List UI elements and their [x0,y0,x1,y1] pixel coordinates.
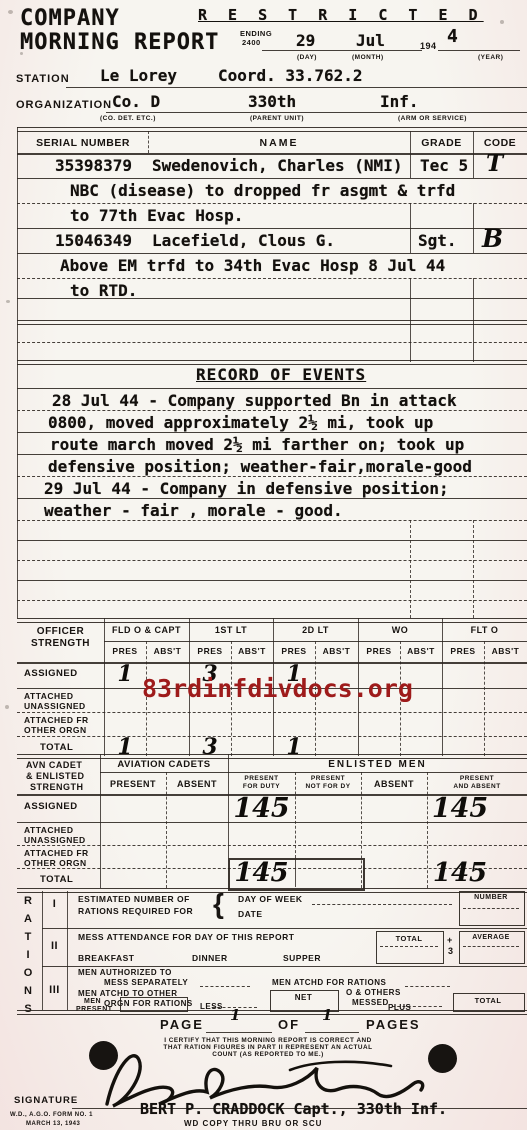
rations3-o-and-others: O & OTHERS [346,988,401,997]
row-rule [17,410,527,411]
officer-row-attached-unassigned: UNASSIGNED [24,701,86,711]
row-rule [17,580,527,581]
day-sublabel: (DAY) [297,54,317,61]
rations3-total-label: TOTAL [453,996,523,1005]
col-divider-code [473,203,474,253]
row-rule [17,278,527,279]
entry1-code: T [486,150,503,177]
officer-assigned-fldo-pres: 1 [104,661,146,687]
page-label: PAGE [160,1017,204,1032]
organization-label: ORGANIZATION [16,99,112,111]
date-line [262,50,422,51]
row-rule [17,342,527,343]
avn-row-rule [17,845,527,846]
events-line: 28 Jul 44 - Company supported Bn in atta… [52,391,457,410]
org-sublabel-co: (CO. DET. ETC.) [100,115,156,122]
row-rule [17,520,527,521]
station-value: Le Lorey [100,66,177,85]
brace-glyph: { [213,888,224,920]
org-sublabel-arm: (ARM OR SERVICE) [398,115,467,122]
avn-row-rule [17,822,527,823]
avn-row-assigned: ASSIGNED [24,801,78,812]
avn-grid-line [228,754,229,858]
morning-report-scan: COMPANY MORNING REPORT R E S T R I C T E… [0,0,527,1130]
signature-label: SIGNATURE [14,1095,78,1106]
entry2-grade: Sgt. [418,231,457,250]
officer-grid-line [442,618,443,756]
rations1-day-line [312,904,452,905]
row-rule [17,560,527,561]
form-number: W.D., A.G.O. FORM NO. 1 [10,1112,93,1118]
avn-row-attached-unassigned: ATTACHED [24,825,73,835]
avn-grid-line [295,772,296,858]
row-rule [17,432,527,433]
year-sublabel: (YEAR) [478,54,503,61]
events-line: route march moved 2½ mi farther on; took… [50,435,464,454]
avn-sub-present-for-duty: PRESENT [228,775,295,782]
rations-section-rule [42,928,527,929]
rations1-number-line [463,908,519,909]
month-sublabel: (MONTH) [352,54,384,61]
row-rule [17,228,527,229]
station-coordinates: Coord. 33.762.2 [218,66,363,85]
table-top-rule [17,127,527,132]
officer-row-attached-fr: OTHER ORGN [24,725,87,735]
rations-bottom-rule [17,1010,527,1015]
organization-line [106,112,527,113]
avn-sub-present: PRESENT [100,779,166,789]
avn-corner-label: AVN CADET [26,760,82,770]
officer-sub-pres: PRES [189,646,231,656]
col-divider-grade [410,520,411,618]
entry1-note1: NBC (disease) to dropped fr asgmt & trfd [70,181,455,200]
avn-group-enlisted-men: ENLISTED MEN [228,759,527,770]
routing-note: WD COPY THRU BRU OR SCU [184,1119,322,1128]
officer-group-flt-o: FLT O [442,625,527,635]
officer-sub-abst: ABS'T [231,646,273,656]
officer-row-assigned: ASSIGNED [24,668,78,679]
ending-time: 2400 [242,38,261,47]
rations2-breakfast: BREAKFAST [78,953,134,963]
events-line: 0800, moved approximately 2½ mi, took up [48,413,433,432]
avn-grid-line [427,772,428,888]
officer-subheader-rule [17,662,527,664]
scan-speck [500,20,504,24]
rations-section-rule [42,966,527,967]
organization-parent-unit: 330th [248,92,296,111]
avn-total-box-divider [295,858,296,887]
entry1-note2: to 77th Evac Hosp. [70,206,243,225]
rations-section1-numeral: I [42,898,67,910]
classification-stamp: R E S T R I C T E D [198,6,484,24]
section-rule [17,320,527,325]
officer-row-attached-unassigned: ATTACHED [24,691,73,701]
date-month-value: Jul [356,31,385,50]
year-line [438,50,520,51]
col-header-name: NAME [148,137,410,149]
officer-row-attached-fr: ATTACHED FR [24,715,89,725]
row-rule [17,203,527,204]
form-date: MARCH 13, 1943 [26,1121,80,1127]
officer-sub-pres: PRES [273,646,315,656]
officer-sub-abst: ABS'T [400,646,442,656]
rations2-total-line [380,946,438,947]
avn-row-total: TOTAL [40,874,73,885]
rations3-net-label: NET [270,993,337,1002]
avn-corner-label: STRENGTH [30,782,84,792]
rations3-label: MEN AUTHORIZED TO [78,968,172,977]
avn-sub-absent: ABSENT [166,779,228,789]
avn-row-attached-fr: ATTACHED FR [24,848,89,858]
rations1-label: ESTIMATED NUMBER OF [78,894,190,904]
col-divider-code [473,520,474,618]
officer-group-fldo-capt: FLD O & CAPT [104,625,189,635]
row-rule [17,476,527,477]
avn-group-aviation-cadets: AVIATION CADETS [100,759,228,770]
row-rule [17,498,527,499]
officer-table-top [17,618,527,623]
date-day-value: 29 [296,31,315,50]
col-divider-serial [148,131,149,153]
signer-typed-name: BERT P. CRADDOCK Capt., 330th Inf. [140,1100,447,1118]
events-title: RECORD OF EVENTS [196,365,366,384]
rations2-plus-sign: + [447,935,453,945]
col-header-code: CODE [473,137,527,149]
rations1-date-label: DATE [238,909,263,919]
page-number-handwritten: 1 [230,1006,240,1024]
row-rule [17,454,527,455]
rations2-label: MESS ATTENDANCE FOR DAY OF THIS REPORT [78,932,294,942]
row-rule [17,540,527,541]
avn-sub-present-for-duty: FOR DUTY [228,783,295,790]
row-rule [17,600,527,601]
officer-group-wo: WO [358,625,442,635]
officer-sub-pres: PRES [104,646,146,656]
officer-group-1st-lt: 1ST LT [189,625,273,635]
avn-assigned-present-for-duty: 145 [228,793,295,824]
rations-section2-numeral: II [42,940,67,952]
officer-grid-line [104,618,105,756]
org-sublabel-parent: (PARENT UNIT) [250,115,304,122]
entry2-serial: 15046349 [55,231,132,250]
rations2-dinner: DINNER [192,953,228,963]
rations3-men-atchd-for-rations: MEN ATCHD FOR RATIONS [272,978,386,987]
rations2-total-label: TOTAL [376,934,442,943]
page-line [206,1032,272,1033]
entry1-grade: Tec 5 [420,156,468,175]
rations-grid-line [67,891,68,1010]
header-bottom-rule [17,153,527,155]
avn-header-rule [100,772,527,773]
officer-group-2d-lt: 2D LT [273,625,358,635]
rations3-line [200,986,250,987]
scan-speck [8,10,13,14]
avn-total-present-for-duty: 145 [228,858,295,888]
rations3-line [405,986,450,987]
officer-row-rule [17,736,527,737]
officer-sub-pres: PRES [442,646,484,656]
table-left-border [17,127,18,618]
rations3-messed: MESSED [352,998,389,1007]
avn-assigned-present-and-absent: 145 [415,793,505,824]
avn-sub-present-not-for-dy: PRESENT [295,775,361,782]
col-header-grade: GRADE [410,137,473,149]
entry2-note1: Above EM trfd to 34th Evac Hosp 8 Jul 44 [60,256,445,275]
organization-company: Co. D [112,92,160,111]
rations3-men-present: MEN [84,998,101,1005]
pages-label: PAGES [366,1017,421,1032]
officer-corner-label: STRENGTH [17,638,104,649]
avn-sub-present-and-absent: PRESENT [427,775,527,782]
pages-line [305,1032,359,1033]
avn-grid-line [361,772,362,888]
avn-row-attached-fr: OTHER ORGN [24,858,87,868]
entry2-code: B [482,224,503,253]
entry1-serial: 35398379 [55,156,132,175]
avn-sub-absent-em: ABSENT [361,779,427,789]
officer-sub-pres: PRES [358,646,400,656]
station-label: STATION [16,73,70,85]
avn-row-attached-unassigned: UNASSIGNED [24,835,86,845]
rations1-label: RATIONS REQUIRED FOR [78,906,193,916]
events-line: defensive position; weather-fair,morale-… [48,457,472,476]
rations1-number-label: NUMBER [459,894,523,901]
entry2-name: Lacefield, Clous G. [152,231,335,250]
rations1-day-of-week-label: DAY OF WEEK [238,894,303,904]
row-rule [17,178,527,179]
date-year-value: 4 [447,26,458,47]
website-watermark: 83rdinfdivdocs.org [142,674,413,703]
station-line [66,87,527,88]
row-rule [17,298,527,299]
entry1-name: Swedenovich, Charles (NMI) [152,156,402,175]
avn-total-present-and-absent: 145 [415,858,505,888]
officer-sub-abst: ABS'T [146,646,189,656]
avn-sub-present-not-for-dy: NOT FOR DY [295,783,361,790]
rations-section3-numeral: III [42,984,67,996]
officer-row-rule [17,712,527,713]
row-rule [17,253,527,254]
rations2-divisor: 3 [448,946,454,956]
officer-row-total: TOTAL [40,742,73,753]
rations-vertical-label: RATIONS [22,895,34,1007]
events-line: weather - fair , morale - good. [44,501,343,520]
rations2-average-line [463,946,519,947]
scan-speck [6,300,10,303]
avn-table-bottom [17,888,527,893]
year-preprint: 194 [420,41,437,51]
form-title-line2: MORNING REPORT [20,30,219,55]
rations2-supper: SUPPER [283,953,321,963]
avn-corner-label: & ENLISTED [26,771,85,781]
row-rule [17,388,527,389]
officer-grid-line [484,641,485,756]
col-header-serial: SERIAL NUMBER [18,137,148,149]
form-title-line1: COMPANY [20,6,120,31]
col-divider-grade [410,203,411,253]
scan-speck [5,705,9,709]
pages-number-handwritten: 1 [322,1006,332,1024]
organization-arm: Inf. [380,92,419,111]
rations2-average-label: AVERAGE [459,934,523,941]
avn-sub-present-and-absent: AND ABSENT [427,783,527,790]
officer-sub-abst: ABS'T [315,646,358,656]
rations3-mess-separately: MESS SEPARATELY [104,978,188,987]
officer-sub-abst: ABS'T [484,646,527,656]
avn-grid-line [100,754,101,888]
ending-label: ENDING [240,29,272,38]
events-line: 29 Jul 44 - Company in defensive positio… [44,479,449,498]
of-label: OF [278,1017,300,1032]
officer-corner-label: OFFICER [17,626,104,637]
avn-grid-line [166,772,167,888]
